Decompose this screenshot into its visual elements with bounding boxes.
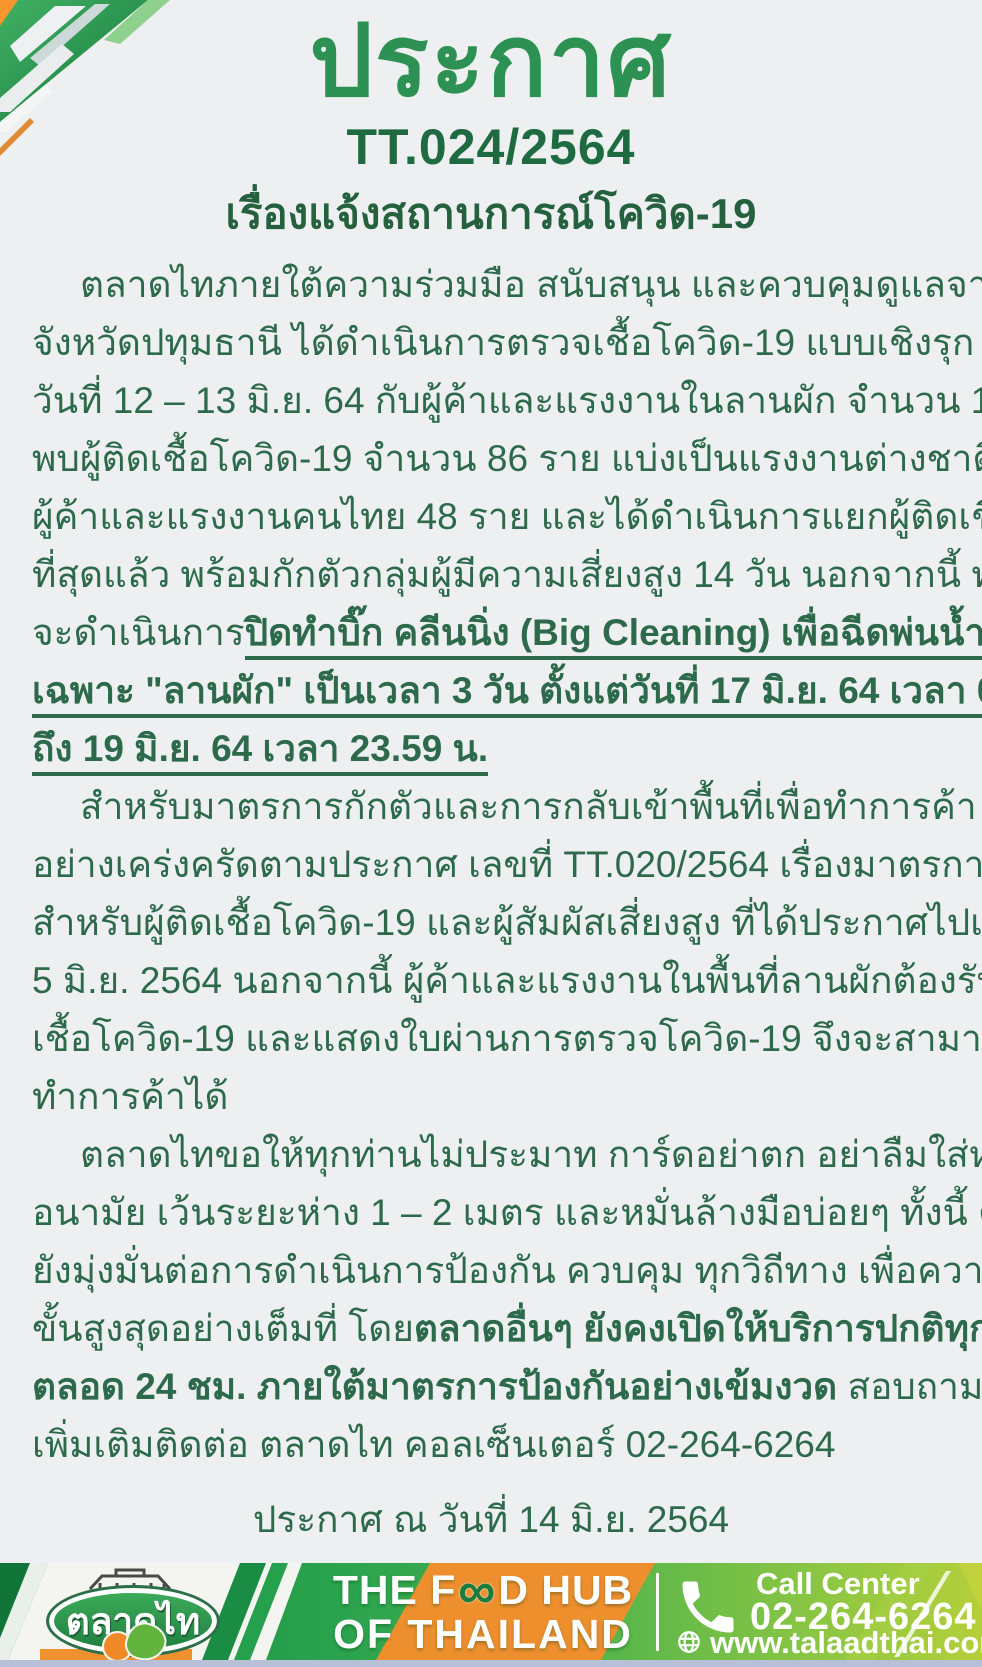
body-segment: อนามัย เว้นระยะห่าง 1 – 2 เมตร และหมั่นล… (32, 1192, 982, 1233)
body-text: ตลาดไทภายใต้ความร่วมมือ สนับสนุน และควบค… (32, 256, 950, 1474)
body-line: อนามัย เว้นระยะห่าง 1 – 2 เมตร และหมั่นล… (32, 1184, 950, 1242)
subject-title: เรื่องแจ้งสถานการณ์โควิด-19 (0, 186, 982, 242)
body-line: ตลาดไทภายใต้ความร่วมมือ สนับสนุน และควบค… (32, 256, 950, 314)
body-line: เพิ่มเติมติดต่อ ตลาดไท คอลเซ็นเตอร์ 02-2… (32, 1416, 950, 1474)
footer-banner: ตลาดไท THE F∞D HUB OF THAILAND Call Cent… (0, 1563, 982, 1660)
body-line: ที่สุดแล้ว พร้อมกักตัวกลุ่มผู้มีความเสี่… (32, 546, 950, 604)
body-segment: ที่สุดแล้ว พร้อมกักตัวกลุ่มผู้มีความเสี่… (32, 554, 982, 595)
tagline: THE F∞D HUB OF THAILAND (300, 1563, 666, 1660)
body-segment: เพิ่มเติมติดต่อ ตลาดไท คอลเซ็นเตอร์ 02-2… (32, 1424, 835, 1465)
body-segment: สำหรับมาตรการกักตัวและการกลับเข้าพื้นที่… (80, 786, 982, 827)
body-segment: ถึง 19 มิ.ย. 64 เวลา 23.59 น. (32, 728, 488, 776)
body-segment: สอบถามข้อมูล (837, 1366, 982, 1407)
body-line: ถึง 19 มิ.ย. 64 เวลา 23.59 น. (32, 720, 950, 778)
bottom-strip (0, 1660, 982, 1667)
announcement-heading: ประกาศ (0, 2, 982, 120)
body-line: พบผู้ติดเชื้อโควิด-19 จำนวน 86 ราย แบ่งเ… (32, 430, 950, 488)
body-segment: ตลาดอื่นๆ ยังคงเปิดให้บริการปกติทุกวัน (414, 1308, 982, 1349)
body-segment: 5 มิ.ย. 2564 นอกจากนี้ ผู้ค้าและแรงงานใน… (32, 960, 982, 1001)
tagline-prefix: THE F (333, 1567, 456, 1613)
announcement-date: ประกาศ ณ วันที่ 14 มิ.ย. 2564 (0, 1490, 982, 1549)
body-line: ทำการค้าได้ (32, 1068, 950, 1126)
body-line: วันที่ 12 – 13 มิ.ย. 64 กับผู้ค้าและแรงง… (32, 372, 950, 430)
body-segment: ตลอด 24 ชม. ภายใต้มาตรการป้องกันอย่างเข้… (32, 1366, 837, 1407)
body-line: ตลอด 24 ชม. ภายใต้มาตรการป้องกันอย่างเข้… (32, 1358, 950, 1416)
tagline-line1: THE F∞D HUB (300, 1568, 666, 1613)
website-url: www.talaadthai.com (710, 1627, 982, 1659)
body-line: สำหรับผู้ติดเชื้อโควิด-19 และผู้สัมผัสเส… (32, 894, 950, 952)
body-line: ขั้นสูงสุดอย่างเต็มที่ โดยตลาดอื่นๆ ยังค… (32, 1300, 950, 1358)
body-segment: เฉพาะ "ลานผัก" เป็นเวลา 3 วัน ตั้งแต่วัน… (32, 670, 982, 718)
body-segment: ผู้ค้าและแรงงานคนไทย 48 ราย และได้ดำเนิน… (32, 496, 982, 537)
body-line: 5 มิ.ย. 2564 นอกจากนี้ ผู้ค้าและแรงงานใน… (32, 952, 950, 1010)
announcement-page: ประกาศ TT.024/2564 เรื่องแจ้งสถานการณ์โค… (0, 0, 982, 1667)
body-segment: จังหวัดปทุมธานี ได้ดำเนินการตรวจเชื้อโคว… (32, 322, 982, 363)
body-segment: สำหรับผู้ติดเชื้อโควิด-19 และผู้สัมผัสเส… (32, 902, 982, 943)
body-segment: ทำการค้าได้ (32, 1076, 228, 1117)
body-segment: ยังมุ่งมั่นต่อการดำเนินการป้องกัน ควบคุม… (32, 1250, 982, 1291)
body-line: จังหวัดปทุมธานี ได้ดำเนินการตรวจเชื้อโคว… (32, 314, 950, 372)
body-segment: ตลาดไทภายใต้ความร่วมมือ สนับสนุน และควบค… (80, 264, 982, 305)
body-line: จะดำเนินการปิดทำบิ๊ก คลีนนิ่ง (Big Clean… (32, 604, 950, 662)
document-number: TT.024/2564 (0, 118, 982, 176)
body-segment: อย่างเคร่งครัดตามประกาศ เลขที่ TT.020/25… (32, 844, 982, 885)
body-line: เฉพาะ "ลานผัก" เป็นเวลา 3 วัน ตั้งแต่วัน… (32, 662, 950, 720)
body-segment: ขั้นสูงสุดอย่างเต็มที่ โดย (32, 1308, 414, 1349)
body-line: อย่างเคร่งครัดตามประกาศ เลขที่ TT.020/25… (32, 836, 950, 894)
body-line: ตลาดไทขอให้ทุกท่านไม่ประมาท การ์ดอย่าตก … (32, 1126, 950, 1184)
body-line: ยังมุ่งมั่นต่อการดำเนินการป้องกัน ควบคุม… (32, 1242, 950, 1300)
body-line: สำหรับมาตรการกักตัวและการกลับเข้าพื้นที่… (32, 778, 950, 836)
body-line: ผู้ค้าและแรงงานคนไทย 48 ราย และได้ดำเนิน… (32, 488, 950, 546)
body-segment: ตลาดไทขอให้ทุกท่านไม่ประมาท การ์ดอย่าตก … (80, 1134, 982, 1175)
body-line: เชื้อโควิด-19 และแสดงใบผ่านการตรวจโควิด-… (32, 1010, 950, 1068)
body-segment: วันที่ 12 – 13 มิ.ย. 64 กับผู้ค้าและแรงง… (32, 380, 982, 421)
body-segment: จะดำเนินการ (32, 612, 245, 653)
body-segment: ปิดทำบิ๊ก คลีนนิ่ง (Big Cleaning) เพื่อฉ… (245, 612, 982, 660)
tagline-suffix: D HUB (498, 1567, 633, 1613)
tagline-line2: OF THAILAND (300, 1613, 666, 1655)
globe-icon (676, 1629, 702, 1655)
body-segment: พบผู้ติดเชื้อโควิด-19 จำนวน 86 ราย แบ่งเ… (32, 438, 982, 479)
footer-divider (656, 1573, 659, 1651)
body-segment: เชื้อโควิด-19 และแสดงใบผ่านการตรวจโควิด-… (32, 1018, 982, 1059)
